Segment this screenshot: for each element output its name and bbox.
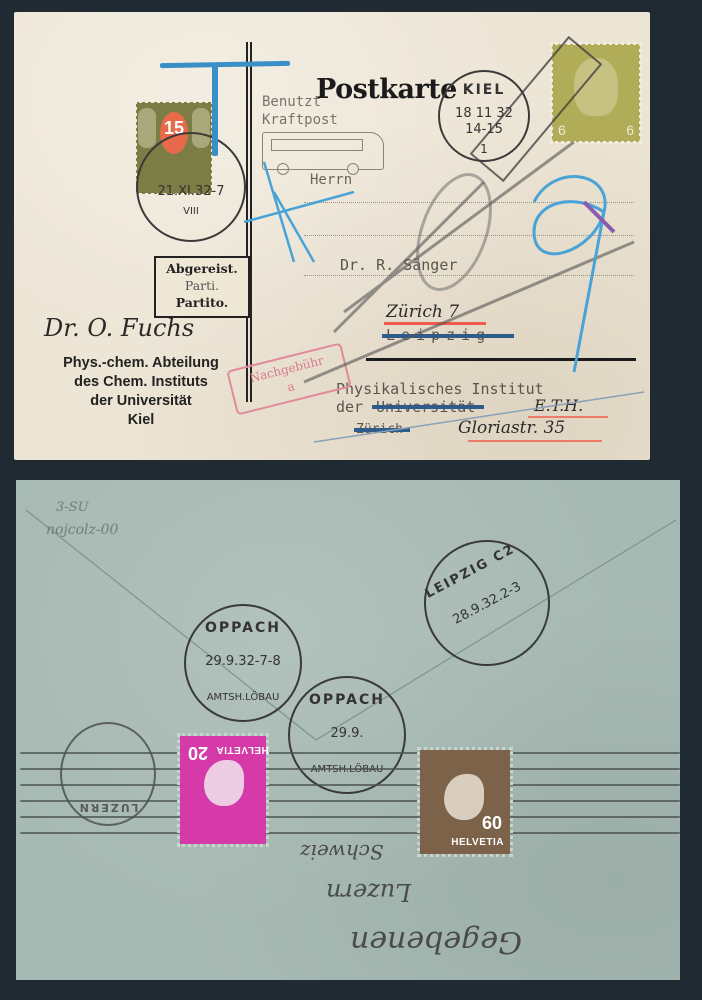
stamp-country: HELVETIA [451,837,504,848]
machine-cancel-line [20,816,680,818]
dove-icon [204,760,244,806]
postmark-city: OPPACH [290,692,404,708]
handwritten-address: Luzern [326,878,411,906]
luzern-postmark: LUZERN [60,722,156,826]
oppach-postmark-1: OPPACH 29.9.32-7-8 AMTSH.LÖBAU [184,604,302,722]
pencil-note: 3-SU [56,500,89,515]
postmark-date: 29.9.32-7-8 [186,654,300,669]
handwritten-address: Gegebenen [350,924,522,959]
stamp-value: 20 [188,742,208,763]
postcard: Postkarte Benutzt Kraftpost Herrn Dr. R.… [14,12,650,460]
machine-cancel-line [20,784,680,786]
helvetia-60-stamp: 60 HELVETIA [420,750,510,854]
stamp-country: HELVETIA [216,744,269,755]
pencil-note: nojcolz-00 [46,522,118,538]
oppach-postmark-2: OPPACH 29.9. AMTSH.LÖBAU [288,676,406,794]
postmark-city: OPPACH [186,620,300,636]
machine-cancel-line [20,768,680,770]
postmark-sub: AMTSH.LÖBAU [186,692,300,703]
machine-cancel-line [20,752,680,754]
helvetia-20-stamp: 20 HELVETIA [180,736,266,844]
pencil-scribbles [14,12,650,460]
machine-cancel-line [20,800,680,802]
dove-icon [444,774,484,820]
handwritten-address: Schweiz [300,840,384,864]
postmark-date: 29.9. [290,726,404,741]
stamp-value: 60 [482,813,502,834]
postmark-city: LUZERN [62,801,154,814]
machine-cancel-line [20,832,680,834]
